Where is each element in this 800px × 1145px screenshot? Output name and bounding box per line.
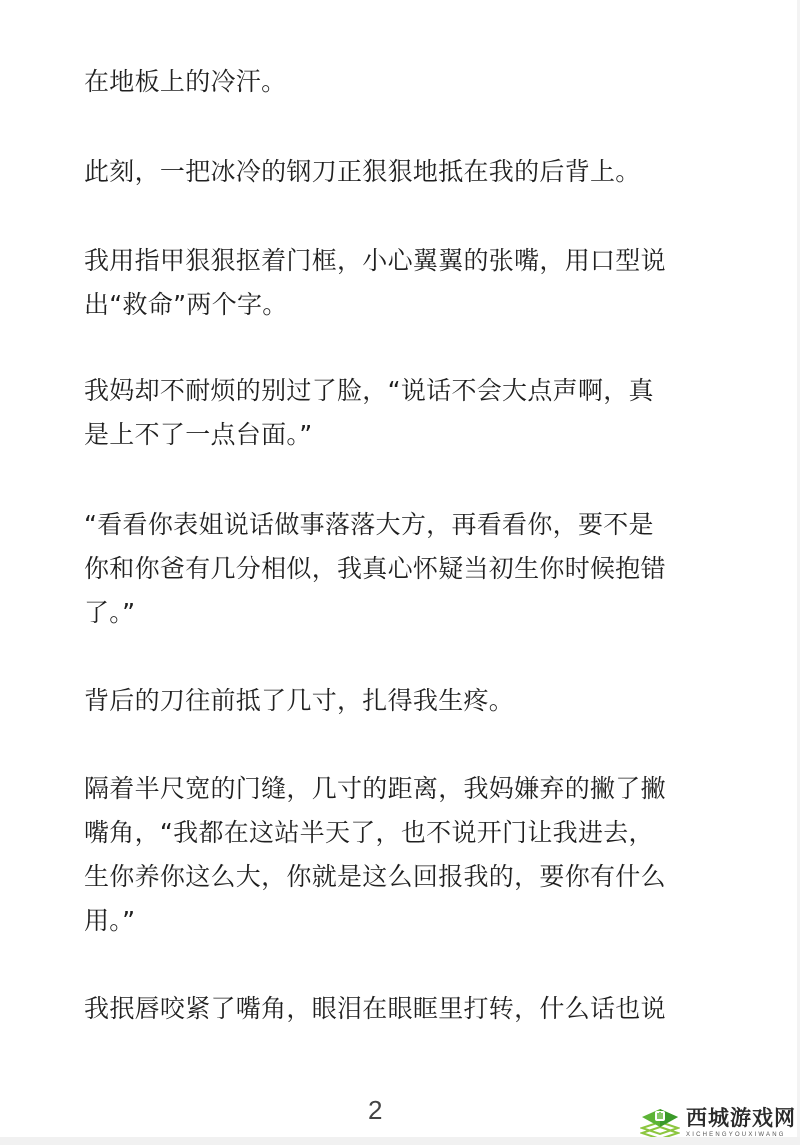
watermark-text: 西城游戏网 XICHENGYOUXIWANG [686, 1106, 796, 1140]
text-line: 是上不了一点台面。” [84, 413, 684, 457]
text-line: 我抿唇咬紧了嘴角，眼泪在眼眶里打转，什么话也说 [84, 987, 684, 1031]
paragraph: “看看你表姐说话做事落落大方，再看看你，要不是 你和你爸有几分相似，我真心怀疑当… [84, 503, 684, 635]
text-line: 在地板上的冷汗。 [84, 60, 684, 104]
text-line: 我妈却不耐烦的别过了脸，“说话不会大点声啊，真 [84, 369, 684, 413]
paragraph: 在地板上的冷汗。 [84, 60, 684, 104]
text-line: 此刻，一把冰冷的钢刀正狠狠地抵在我的后背上。 [84, 150, 684, 194]
paragraph: 此刻，一把冰冷的钢刀正狠狠地抵在我的后背上。 [84, 150, 684, 194]
text-line: 隔着半尺宽的门缝，几寸的距离，我妈嫌弃的撇了撇 [84, 767, 684, 811]
text-line: “看看你表姐说话做事落落大方，再看看你，要不是 [84, 503, 684, 547]
text-line: 背后的刀往前抵了几寸，扎得我生疼。 [84, 679, 684, 723]
paragraph: 隔着半尺宽的门缝，几寸的距离，我妈嫌弃的撇了撇 嘴角，“我都在这站半天了，也不说… [84, 767, 684, 943]
document-page: 在地板上的冷汗。 此刻，一把冰冷的钢刀正狠狠地抵在我的后背上。 我用指甲狠狠抠着… [0, 0, 800, 1145]
watermark-title: 西城游戏网 [686, 1106, 796, 1130]
stacked-layers-logo-icon [640, 1105, 680, 1141]
text-line: 了。” [84, 591, 684, 635]
text-line: 嘴角，“我都在这站半天了，也不说开门让我进去， [84, 811, 684, 855]
bottom-bar [0, 1137, 800, 1145]
page-number: 2 [368, 1095, 382, 1126]
paragraph: 背后的刀往前抵了几寸，扎得我生疼。 [84, 679, 684, 723]
paragraph: 我抿唇咬紧了嘴角，眼泪在眼眶里打转，什么话也说 [84, 987, 684, 1031]
paragraph: 我妈却不耐烦的别过了脸，“说话不会大点声啊，真 是上不了一点台面。” [84, 369, 684, 457]
text-line: 用。” [84, 899, 684, 943]
text-line: 出“救命”两个字。 [84, 283, 684, 327]
text-line: 你和你爸有几分相似，我真心怀疑当初生你时候抱错 [84, 547, 684, 591]
text-line: 我用指甲狠狠抠着门框，小心翼翼的张嘴，用口型说 [84, 239, 684, 283]
paragraph: 我用指甲狠狠抠着门框，小心翼翼的张嘴，用口型说 出“救命”两个字。 [84, 239, 684, 327]
text-line: 生你养你这么大，你就是这么回报我的，要你有什么 [84, 855, 684, 899]
